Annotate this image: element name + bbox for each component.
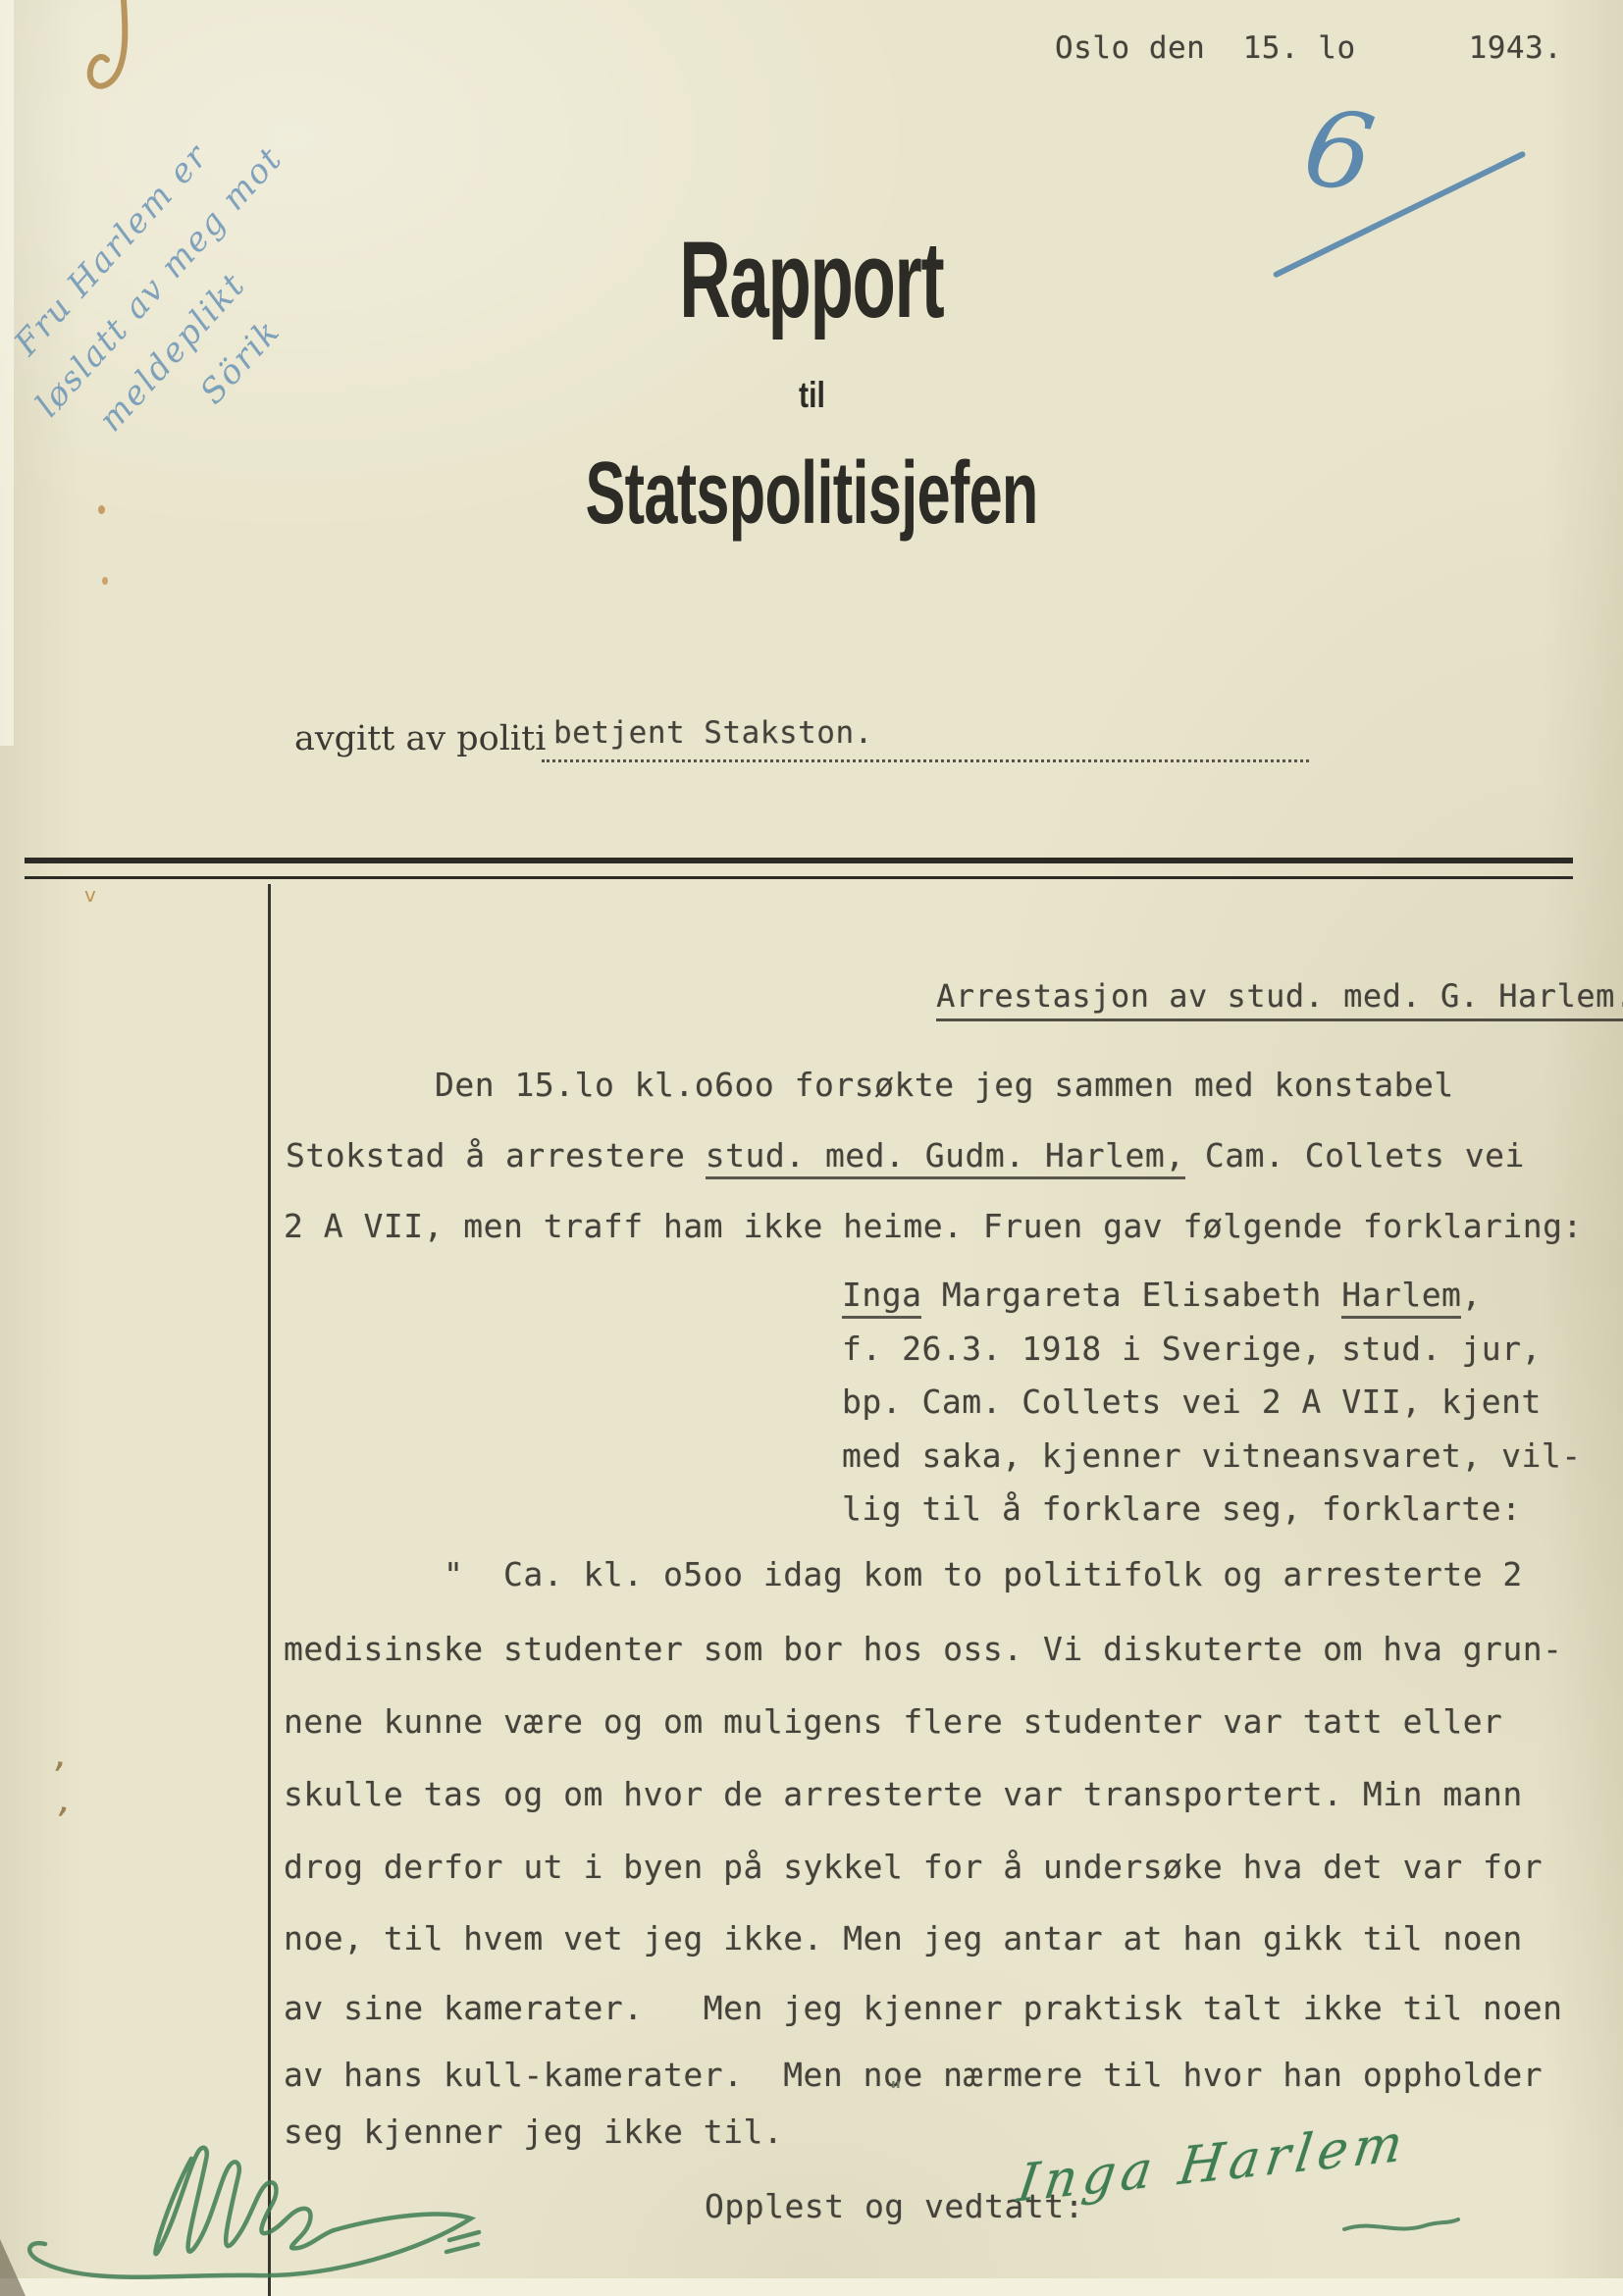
ink-speck: ’: [46, 1800, 74, 1842]
underlined-name: Harlem: [1341, 1276, 1461, 1319]
margin-vertical-rule: [268, 884, 271, 2296]
report-title-connector: til: [0, 375, 1623, 416]
byline-dotted-line: betjent Stakston.: [542, 714, 1309, 762]
witness-signature-flourish: [1342, 2216, 1460, 2239]
ink-speck: ’: [44, 1755, 70, 1797]
underlined-name: stud. med. Gudm. Harlem,: [706, 1136, 1185, 1179]
report-title-text: Rapport: [679, 218, 943, 342]
witness-line: Inga Margareta Elisabeth Harlem,: [842, 1275, 1482, 1315]
witness-signature: Inga Harlem: [1015, 2113, 1412, 2215]
paperclip-rust-mark: [80, 0, 151, 110]
byline-printed: avgitt av politi: [294, 719, 546, 758]
witness-line: lig til å forklare seg, forklarte:: [842, 1488, 1522, 1529]
witness-line: med saka, kjenner vitneansvaret, vil-: [842, 1435, 1582, 1476]
statement-line: nene kunne være og om muligens flere stu…: [284, 1701, 1502, 1742]
byline-typed: betjent Stakston.: [542, 715, 873, 751]
witness-line: bp. Cam. Collets vei 2 A VII, kjent: [842, 1382, 1542, 1422]
underlined-name: Inga: [842, 1276, 921, 1319]
witness-line: f. 26.3. 1918 i Sverige, stud. jur,: [842, 1329, 1542, 1369]
officer-signature: [10, 2124, 559, 2293]
section-heading: Arrestasjon av stud. med. G. Harlem.: [859, 937, 1623, 1055]
statement-line: drog derfor ut i byen på sykkel for å un…: [284, 1847, 1543, 1887]
horizontal-rule-thin: [25, 876, 1573, 879]
date-line: Oslo den 15. lo 1943.: [1055, 29, 1562, 68]
statement-line: av hans kull-kamerater. Men noe nærmere …: [284, 2055, 1543, 2095]
body-line: Den 15.lo kl.o6oo forsøkte jeg sammen me…: [435, 1065, 1454, 1105]
horizontal-rule-thick: [25, 858, 1573, 863]
statement-line: " Ca. kl. o5oo idag kom to politifolk og…: [284, 1554, 1523, 1594]
statement-line: noe, til hvem vet jeg ikke. Men jeg anta…: [284, 1918, 1523, 1958]
report-recipient: Statspolitisjefen: [0, 444, 1623, 545]
statement-line: medisinske studenter som bor hos oss. Vi…: [284, 1629, 1563, 1669]
rust-speck: [102, 577, 108, 585]
archive-number: 6: [1296, 85, 1382, 217]
stray-quote-mark: ": [888, 2076, 904, 2109]
body-line: 2 A VII, men traff ham ikke heime. Fruen…: [284, 1206, 1583, 1246]
statement-line: skulle tas og om hvor de arresterte var …: [284, 1774, 1523, 1814]
statement-line: av sine kamerater. Men jeg kjenner prakt…: [284, 1988, 1563, 2028]
rust-speck: v: [84, 883, 96, 907]
report-title: Rapport: [0, 218, 1623, 342]
scanned-report-page: v ’ ’ Oslo den 15. lo 1943. Fru Harlem e…: [0, 0, 1623, 2296]
body-line: Stokstad å arrestere stud. med. Gudm. Ha…: [286, 1135, 1525, 1175]
